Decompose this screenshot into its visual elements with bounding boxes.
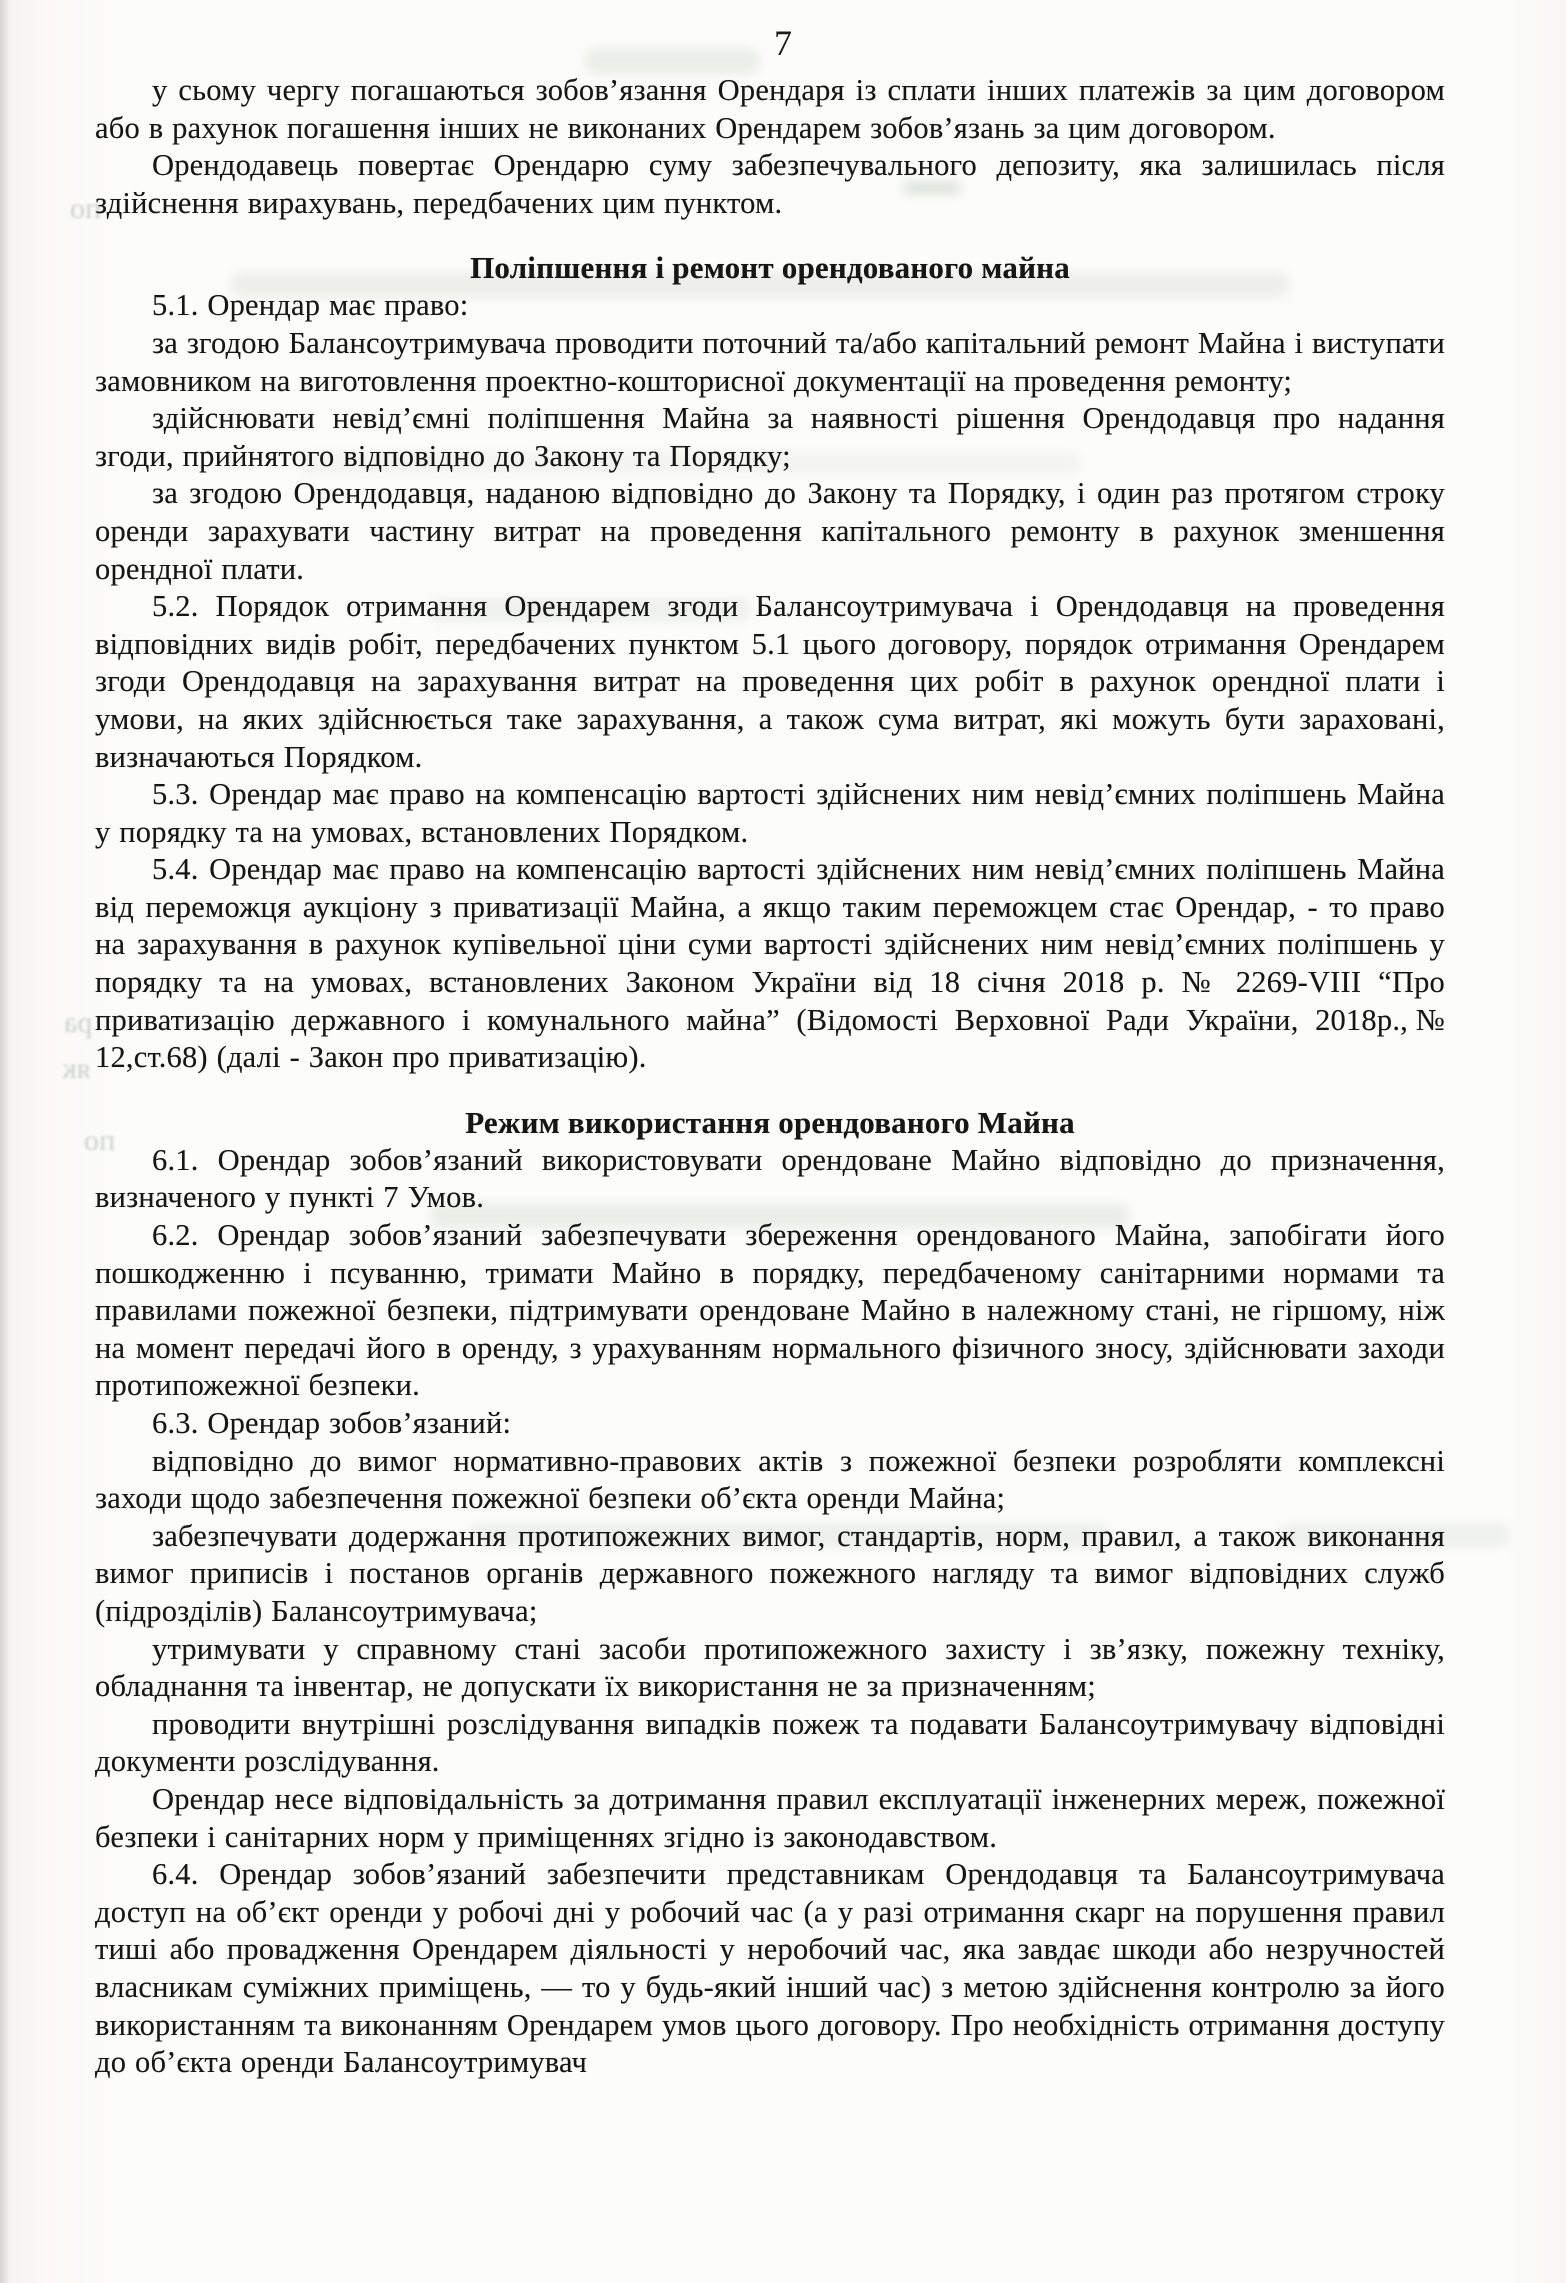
paragraph-6-3-a: відповідно до вимог нормативно-правових … [95, 1443, 1445, 1518]
paragraph-6-1: 6.1. Орендар зобов’язаний використовуват… [95, 1142, 1445, 1217]
paragraph-5-3: 5.3. Орендар має право на компенсацію ва… [95, 776, 1445, 851]
paragraph-5-4: 5.4. Орендар має право на компенсацію ва… [95, 851, 1445, 1077]
bleedthrough-text: ра [64, 1006, 92, 1040]
paragraph-6-3-e: Орендар несе відповідальність за дотрима… [95, 1781, 1445, 1856]
scan-edge-shadow [0, 0, 10, 2283]
paragraph-6-3-lead: 6.3. Орендар зобов’язаний: [95, 1405, 1445, 1443]
section-heading-usage: Режим використання орендованого Майна [95, 1104, 1445, 1142]
page-number: 7 [0, 22, 1566, 64]
paragraph-6-3-d: проводити внутрішні розслідування випадк… [95, 1706, 1445, 1781]
paragraph-6-2: 6.2. Орендар зобов’язаний забезпечувати … [95, 1217, 1445, 1405]
paragraph-intro-2: Орендодавець повертає Орендарю суму забе… [95, 147, 1445, 222]
paragraph-5-1-c: за згодою Орендодавця, наданою відповідн… [95, 475, 1445, 588]
section-heading-improvements: Поліпшення і ремонт орендованого майна [95, 249, 1445, 287]
paragraph-5-1-b: здійснювати невід’ємні поліпшення Майна … [95, 400, 1445, 475]
paragraph-5-1-a: за згодою Балансоутримувача проводити по… [95, 325, 1445, 400]
paragraph-5-1-lead: 5.1. Орендар має право: [95, 287, 1445, 325]
paragraph-6-3-c: утримувати у справному стані засоби прот… [95, 1631, 1445, 1706]
scanned-document-page: по ра як по 7 у сьому чергу погашаються … [0, 0, 1566, 2283]
paragraph-intro-1: у сьому чергу погашаються зобов’язання О… [95, 72, 1445, 147]
paragraph-6-4: 6.4. Орендар зобов’язаний забезпечити пр… [95, 1856, 1445, 2082]
paragraph-6-3-b: забезпечувати додержання протипожежних в… [95, 1518, 1445, 1631]
document-body: у сьому чергу погашаються зобов’язання О… [95, 72, 1445, 2082]
bleedthrough-text: як [62, 1052, 90, 1086]
paragraph-5-2: 5.2. Порядок отримання Орендарем згоди Б… [95, 588, 1445, 776]
